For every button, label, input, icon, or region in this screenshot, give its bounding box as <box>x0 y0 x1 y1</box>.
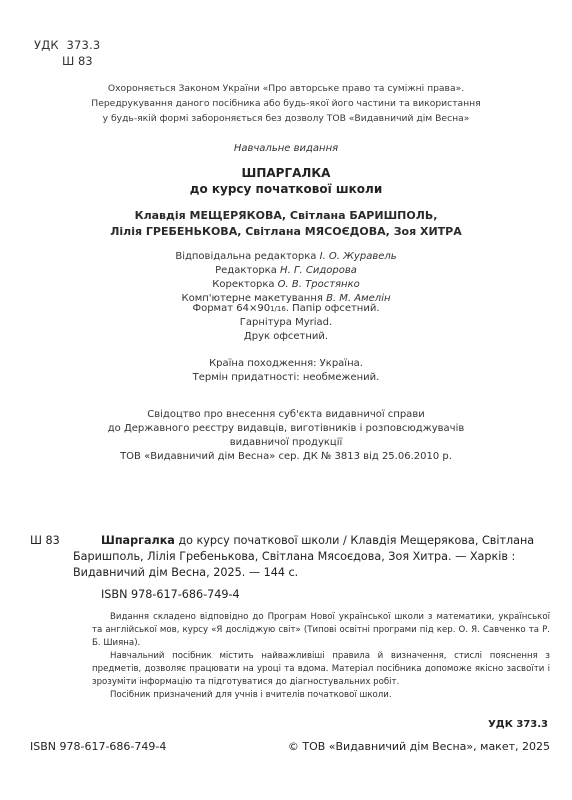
copyright-line: Передрукування даного посібника або будь… <box>0 96 572 111</box>
udk-code: 373.3 <box>66 38 100 52</box>
title-subtitle: до курсу початкової школи <box>0 181 572 197</box>
format-line: Формат 64×901/16. Папір офсетний. <box>0 302 572 316</box>
print-line: Друк офсетний. <box>0 330 572 344</box>
authors-line: Лілія ГРЕБЕНЬКОВА, Світлана МЯСОЄДОВА, З… <box>0 224 572 240</box>
udk-bottom: УДК 373.3 <box>488 719 548 730</box>
certificate-line: Свідоцтво про внесення суб'єкта видавнич… <box>0 408 572 422</box>
authors-line: Клавдія МЕЩЕРЯКОВА, Світлана БАРИШПОЛЬ, <box>0 208 572 224</box>
credit-line: Коректорка О. В. Тростянко <box>0 278 572 292</box>
udk-classification: УДК 373.3 Ш 83 <box>34 38 100 68</box>
footer-isbn: ISBN 978-617-686-749-4 <box>30 740 166 753</box>
copyright-notice: Охороняється Законом України «Про авторс… <box>0 81 572 126</box>
credits: Відповідальна редакторка І. О. Журавель … <box>0 250 572 306</box>
footer-copyright: © ТОВ «Видавничий дім Весна», макет, 202… <box>288 740 550 753</box>
annotation-paragraph: Посібник призначений для учнів і вчителі… <box>92 689 550 702</box>
biblio-description: Шпаргалка до курсу початкової школи / Кл… <box>73 533 550 581</box>
book-title: ШПАРГАЛКА до курсу початкової школи <box>0 165 572 197</box>
typeface-line: Гарнітура Myriad. <box>0 316 572 330</box>
author-mark: Ш 83 <box>34 54 100 68</box>
certificate-line: до Державного реєстру видавців, виготівн… <box>0 422 572 436</box>
shelf-life-line: Термін придатності: необмежений. <box>0 371 572 385</box>
copyright-line: у будь-якій формі забороняється без дозв… <box>0 111 572 126</box>
udk-label: УДК <box>34 38 59 52</box>
annotation-paragraph: Видання складено відповідно до Програм Н… <box>92 611 550 650</box>
format-info: Формат 64×901/16. Папір офсетний. Гарніт… <box>0 302 572 344</box>
credit-line: Відповідальна редакторка І. О. Журавель <box>0 250 572 264</box>
origin-info: Країна походження: Україна. Термін прида… <box>0 357 572 385</box>
annotation: Видання складено відповідно до Програм Н… <box>92 611 550 702</box>
annotation-paragraph: Навчальний посібник містить найважливіші… <box>92 650 550 689</box>
certificate-line: видавничої продукції <box>0 436 572 450</box>
publisher-certificate: Свідоцтво про внесення суб'єкта видавнич… <box>0 408 572 464</box>
title-main: ШПАРГАЛКА <box>0 165 572 181</box>
biblio-code: Ш 83 <box>30 533 60 549</box>
copyright-line: Охороняється Законом України «Про авторс… <box>0 81 572 96</box>
certificate-line: ТОВ «Видавничий дім Весна» сер. ДК № 381… <box>0 450 572 464</box>
credit-line: Редакторка Н. Г. Сидорова <box>0 264 572 278</box>
format-fraction: 1/16 <box>270 305 286 313</box>
edition-type: Навчальне видання <box>0 143 572 154</box>
authors: Клавдія МЕЩЕРЯКОВА, Світлана БАРИШПОЛЬ, … <box>0 208 572 240</box>
country-line: Країна походження: Україна. <box>0 357 572 371</box>
biblio-isbn: ISBN 978-617-686-749-4 <box>101 587 550 603</box>
bibliographic-record: Ш 83 Шпаргалка до курсу початкової школи… <box>30 533 550 603</box>
